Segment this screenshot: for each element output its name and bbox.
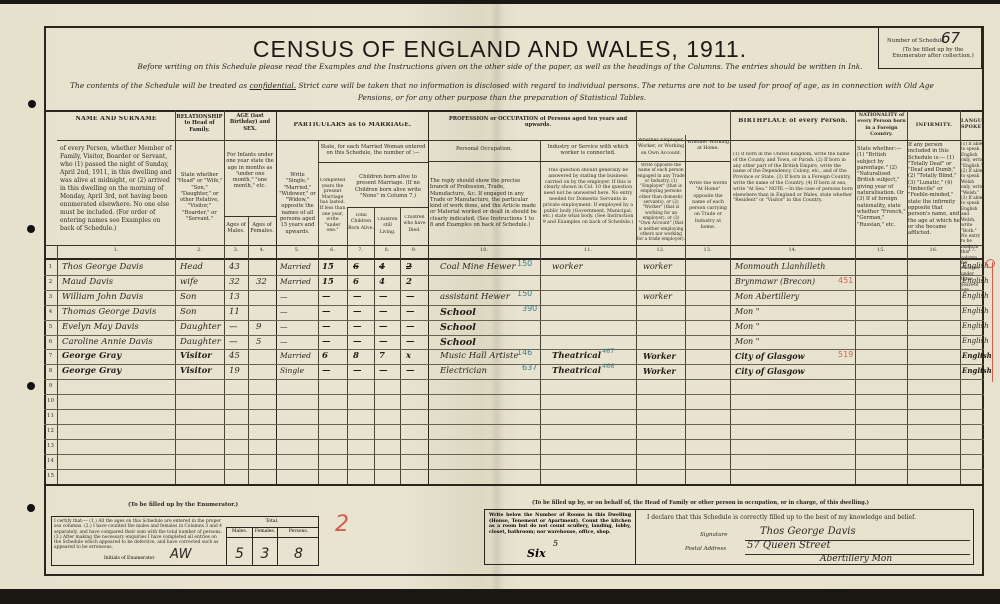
col-divider xyxy=(175,110,176,484)
person-name: William John Davis xyxy=(62,292,143,302)
header-col9: Children who have Died. xyxy=(401,215,428,234)
schedule-number-note: (To be filled up by the Enumerator after… xyxy=(887,47,979,59)
header-name-body: of every Person, whether Member of Famil… xyxy=(60,145,172,233)
marital-status: — xyxy=(280,292,288,301)
header-col7: Total Children Born Alive. xyxy=(348,213,374,232)
children-died: — xyxy=(406,292,415,302)
header-age: AGE (last Birthday) and SEX. xyxy=(225,113,275,132)
household-box: Write below the Number of Rooms in this … xyxy=(484,509,974,565)
age-male: 13 xyxy=(229,292,240,302)
header-col11-title: Industry or Service with which worker is… xyxy=(542,144,634,157)
header-nationality-body: State whether:— (1) "British subject by … xyxy=(857,146,906,228)
schedule-number-label: Number of Schedule xyxy=(887,38,945,44)
header-occupation: PROFESSION or OCCUPATION of Persons aged… xyxy=(440,116,636,129)
birthplace: Mon Abertillery xyxy=(735,292,799,301)
header-nationality: NATIONALITY of every Person born in a Fo… xyxy=(856,112,907,137)
total-females: Females. 3 xyxy=(252,527,277,565)
row-number: 5 xyxy=(45,324,56,330)
header-col10-title: Personal Occupation. xyxy=(430,146,538,152)
married-women-subdivider xyxy=(318,162,428,163)
rooms-correction: 5 xyxy=(553,539,558,548)
language: English xyxy=(962,351,992,360)
language: English xyxy=(962,337,989,345)
language: English xyxy=(962,366,992,375)
row-number: 12 xyxy=(45,428,56,434)
header-age-males: Ages of Males. xyxy=(225,222,247,235)
column-number: 7. xyxy=(347,247,374,253)
relationship: Head xyxy=(180,262,203,272)
header-bottom-rule xyxy=(44,245,984,246)
rooms-value: Six xyxy=(527,547,546,560)
occupation-subdivider xyxy=(636,161,730,162)
subtitle: Before writing on this Schedule please r… xyxy=(100,62,900,71)
household-caption: (To be filled up by, or on behalf of, th… xyxy=(532,500,869,506)
children-born: — xyxy=(353,337,362,347)
personal-occupation: School xyxy=(440,322,476,333)
header-col10: The reply should show the precise branch… xyxy=(430,178,538,228)
row-number: 4 xyxy=(45,309,56,315)
marital-status: — xyxy=(280,322,288,331)
person-name: Thos George Davis xyxy=(62,262,143,272)
header-col5: Write "Single," "Married," "Widower," or… xyxy=(278,172,317,235)
years-married: — xyxy=(322,337,331,347)
children-born: — xyxy=(353,292,362,302)
personal-occupation: Coal Mine Hewer xyxy=(440,262,516,272)
header-married-women: State, for each Married Woman entered on… xyxy=(320,144,426,157)
column-number: 2. xyxy=(175,247,224,253)
occupation-code: 637 xyxy=(522,363,537,372)
industry: Theatrical xyxy=(552,351,601,361)
row-number: 15 xyxy=(45,473,56,479)
red-margin-line xyxy=(992,262,993,382)
children-living: — xyxy=(379,307,388,317)
table-bottom-rule xyxy=(44,484,984,486)
years-married: — xyxy=(322,292,331,302)
header-col12: Write opposite the name of each person e… xyxy=(637,163,685,242)
header-col11: This question should generally be answer… xyxy=(542,168,634,226)
age-male: 32 xyxy=(229,277,240,287)
total-males: Males. 5 xyxy=(226,527,252,565)
column-number: 9. xyxy=(400,247,428,253)
header-divider xyxy=(57,140,984,141)
employment-status: Worker xyxy=(643,351,676,361)
header-relationship-body: State whether "Head" or "Wife," "Son," "… xyxy=(176,172,223,222)
personal-occupation: School xyxy=(440,307,476,318)
language: English xyxy=(962,307,989,315)
column-number: 3. xyxy=(224,247,248,253)
language: English xyxy=(962,277,989,285)
years-married: 15 xyxy=(322,262,334,272)
birthplace: City of Glasgow xyxy=(735,351,804,361)
signature-label: Signature xyxy=(700,532,728,538)
row-rule xyxy=(44,379,984,380)
industry: Theatrical xyxy=(552,366,601,376)
header-col12-title: Whether Employer, Worker, or Working on … xyxy=(637,138,685,157)
declaration: I declare that this Schedule is correctl… xyxy=(647,514,916,521)
punch-hole xyxy=(27,382,35,390)
children-living: 7 xyxy=(379,351,385,361)
column-number-rule xyxy=(44,258,984,260)
age-female: 9 xyxy=(256,322,261,332)
row-number: 3 xyxy=(45,294,56,300)
header-birthplace-body: (1) If born in the United Kingdom, write… xyxy=(733,152,853,204)
row-number: 7 xyxy=(45,353,56,359)
children-living: 4 xyxy=(379,277,385,287)
red-pencil-mark: 2 xyxy=(335,512,349,537)
col-divider xyxy=(855,110,856,484)
personal-occupation: School xyxy=(440,337,476,348)
row-rule xyxy=(44,290,984,291)
schedule-number-value: 67 xyxy=(941,29,960,47)
column-number: 13. xyxy=(685,247,730,253)
children-born: — xyxy=(353,322,362,332)
row-rule xyxy=(44,335,984,336)
total-persons: Persons. 8 xyxy=(277,527,319,565)
marital-status: — xyxy=(280,337,288,346)
row-number: 6 xyxy=(45,339,56,345)
column-number: 11. xyxy=(540,247,636,253)
relationship: Son xyxy=(180,307,196,317)
language: English xyxy=(962,292,989,300)
column-number: 10. xyxy=(428,247,540,253)
header-birthplace: BIRTHPLACE of every Person. xyxy=(731,118,855,124)
header-children: Children born alive to present Marriage.… xyxy=(349,174,427,199)
schedule-number-box: Number of Schedule 67 (To be filled up b… xyxy=(878,27,982,69)
enumerator-initials: AW xyxy=(170,547,192,562)
years-married: 6 xyxy=(322,351,328,361)
header-col13: Write the words "At Home" opposite the n… xyxy=(688,181,728,231)
years-married: — xyxy=(322,322,331,332)
marital-status: Married xyxy=(280,277,311,286)
header-language-body: (1) If able to speak English only, write… xyxy=(961,142,984,293)
personal-occupation: assistant Hewer xyxy=(440,292,510,302)
header-marriage: PARTICULARS as to MARRIAGE. xyxy=(277,122,428,128)
confidentiality-notice: The contents of the Schedule will be tre… xyxy=(52,80,952,104)
years-married: — xyxy=(322,366,331,376)
initials-label: Initials of Enumerator xyxy=(104,556,155,561)
children-living: — xyxy=(379,366,388,376)
column-number: 12. xyxy=(636,247,685,253)
address-line-2: Abertillery Mon xyxy=(820,554,892,564)
header-col13-title: Whether Working at Home. xyxy=(686,140,730,153)
relationship: Son xyxy=(180,292,196,302)
marital-status: Married xyxy=(280,351,311,360)
row-number: 10 xyxy=(45,398,56,404)
years-married: — xyxy=(322,307,331,317)
children-died: 2 xyxy=(406,277,412,287)
marital-status: Married xyxy=(280,262,311,271)
row-rule xyxy=(44,469,984,470)
header-language: LANGUAGE SPOKEN. xyxy=(961,118,984,131)
column-number: 4. xyxy=(248,247,276,253)
header-col8: Children still Living. xyxy=(375,217,400,236)
children-died: — xyxy=(406,322,415,332)
person-name: Maud Davis xyxy=(62,277,113,287)
col-divider xyxy=(224,110,225,484)
signature: Thos George Davis xyxy=(760,526,856,537)
row-rule xyxy=(44,454,984,455)
marital-status: — xyxy=(280,307,288,316)
children-born: 8 xyxy=(353,351,359,361)
employment-status: Worker xyxy=(643,366,676,376)
age-male: — xyxy=(229,322,238,332)
males-count: 5 xyxy=(227,538,252,562)
children-born: — xyxy=(353,366,362,376)
occupation-code: 146 xyxy=(517,348,532,357)
employment-status: worker xyxy=(643,262,672,271)
row-number: 13 xyxy=(45,443,56,449)
children-died: — xyxy=(406,307,415,317)
person-name: George Gray xyxy=(62,351,121,361)
age-male: 11 xyxy=(229,307,240,317)
column-number: 1. xyxy=(57,247,175,253)
row-rule xyxy=(44,364,984,365)
row-rule xyxy=(44,305,984,306)
children-born: 6 xyxy=(353,262,359,272)
language: English xyxy=(962,262,989,270)
birthplace-code: 519 xyxy=(838,350,853,359)
enumerator-certification: I certify that:— (1.) All the ages on th… xyxy=(54,519,224,551)
occupation-code: 150 xyxy=(517,259,532,268)
personal-occupation: Electrician xyxy=(440,366,487,376)
age-female: 5 xyxy=(256,337,261,347)
children-died: — xyxy=(406,337,415,347)
row-rule xyxy=(44,424,984,425)
children-died: 2 xyxy=(406,262,412,272)
row-number: 8 xyxy=(45,368,56,374)
red-circle-mark xyxy=(986,259,995,268)
row-number: 9 xyxy=(45,383,56,389)
row-number: 11 xyxy=(45,413,56,419)
children-died: — xyxy=(406,366,415,376)
age-female: 32 xyxy=(256,277,267,287)
header-col6: Completed years the present Marriage has… xyxy=(319,178,346,234)
personal-occupation: Music Hall Artiste xyxy=(440,351,518,361)
females-count: 3 xyxy=(253,538,277,562)
header-name: NAME AND SURNAME xyxy=(57,116,175,122)
industry-code: 467 xyxy=(602,347,614,355)
employment-status: worker xyxy=(643,292,672,301)
children-living: — xyxy=(379,337,388,347)
col-divider xyxy=(730,110,731,484)
occupation-code: 150 xyxy=(517,289,532,298)
row-number: 14 xyxy=(45,458,56,464)
address-label: Postal Address xyxy=(685,546,726,552)
person-name: Thomas George Davis xyxy=(62,307,156,317)
age-male: 19 xyxy=(229,366,240,376)
birthplace-code: 451 xyxy=(838,276,853,285)
rooms-instruction: Write below the Number of Rooms in this … xyxy=(485,510,636,564)
children-subdivider xyxy=(347,207,428,208)
person-name: George Gray xyxy=(62,366,121,376)
column-number: 5. xyxy=(276,247,318,253)
children-living: — xyxy=(379,322,388,332)
age-male: — xyxy=(229,337,238,347)
birthplace: Mon " xyxy=(735,337,759,346)
row-rule xyxy=(44,320,984,321)
children-died: x xyxy=(406,351,411,361)
children-born: 6 xyxy=(353,277,359,287)
birthplace: Brynmawr (Brecon) xyxy=(735,277,815,286)
header-infirmity: INFIRMITY. xyxy=(908,122,960,128)
row-number: 1 xyxy=(45,264,56,270)
marital-status: Single xyxy=(280,366,304,375)
relationship: Daughter xyxy=(180,337,221,347)
punch-hole xyxy=(28,100,36,108)
occupation-subdivider xyxy=(428,161,636,162)
industry-code: 466 xyxy=(602,362,614,370)
row-rule xyxy=(44,409,984,410)
column-number: 14. xyxy=(730,247,855,253)
birthplace: Mon " xyxy=(735,307,759,316)
age-male: 45 xyxy=(229,351,240,361)
punch-hole xyxy=(27,225,35,233)
age-male: 43 xyxy=(229,262,240,272)
birthplace: Monmouth Llanhilleth xyxy=(735,262,825,271)
row-rule xyxy=(44,439,984,440)
years-married: 15 xyxy=(322,277,334,287)
relationship: Visitor xyxy=(180,366,212,376)
relationship: Daughter xyxy=(180,322,221,332)
table-top-rule xyxy=(44,110,984,112)
column-number: 17. xyxy=(960,247,984,253)
children-living: 4 xyxy=(379,262,385,272)
header-infirmity-body: If any person included in this Schedule … xyxy=(908,142,960,236)
col-divider xyxy=(540,140,541,484)
relationship: Visitor xyxy=(180,351,212,361)
person-name: Evelyn May Davis xyxy=(62,322,139,332)
col-divider xyxy=(276,110,277,484)
persons-count: 8 xyxy=(278,538,319,562)
column-number: 6. xyxy=(318,247,347,253)
enumerator-box: I certify that:— (1.) All the ages on th… xyxy=(51,516,319,566)
punch-hole xyxy=(27,504,35,512)
header-relationship: RELATIONSHIP to Head of Family. xyxy=(176,114,223,133)
col-divider xyxy=(248,216,249,484)
page-title: CENSUS OF ENGLAND AND WALES, 1911. xyxy=(0,36,1000,63)
header-age-body: For Infants under one year state the age… xyxy=(226,152,274,190)
age-subdivider xyxy=(224,216,276,217)
children-living: — xyxy=(379,292,388,302)
column-number: 8. xyxy=(374,247,400,253)
col-divider xyxy=(685,135,686,484)
address-line-1: 57 Queen Street xyxy=(747,540,831,551)
industry: worker xyxy=(552,262,583,272)
birthplace: Mon " xyxy=(735,322,759,331)
row-rule xyxy=(44,394,984,395)
person-name: Caroline Annie Davis xyxy=(62,337,153,347)
enumerator-caption: (To be filled up by the Enumerator.) xyxy=(128,502,238,508)
header-age-females: Ages of Females. xyxy=(249,222,275,235)
children-born: — xyxy=(353,307,362,317)
col-divider xyxy=(428,110,429,484)
column-number: 16. xyxy=(907,247,960,253)
relationship: wife xyxy=(180,277,198,287)
language: English xyxy=(962,322,989,330)
occupation-code: 390 xyxy=(522,304,537,313)
column-number: 15. xyxy=(855,247,907,253)
birthplace: City of Glasgow xyxy=(735,366,804,376)
row-number: 2 xyxy=(45,279,56,285)
